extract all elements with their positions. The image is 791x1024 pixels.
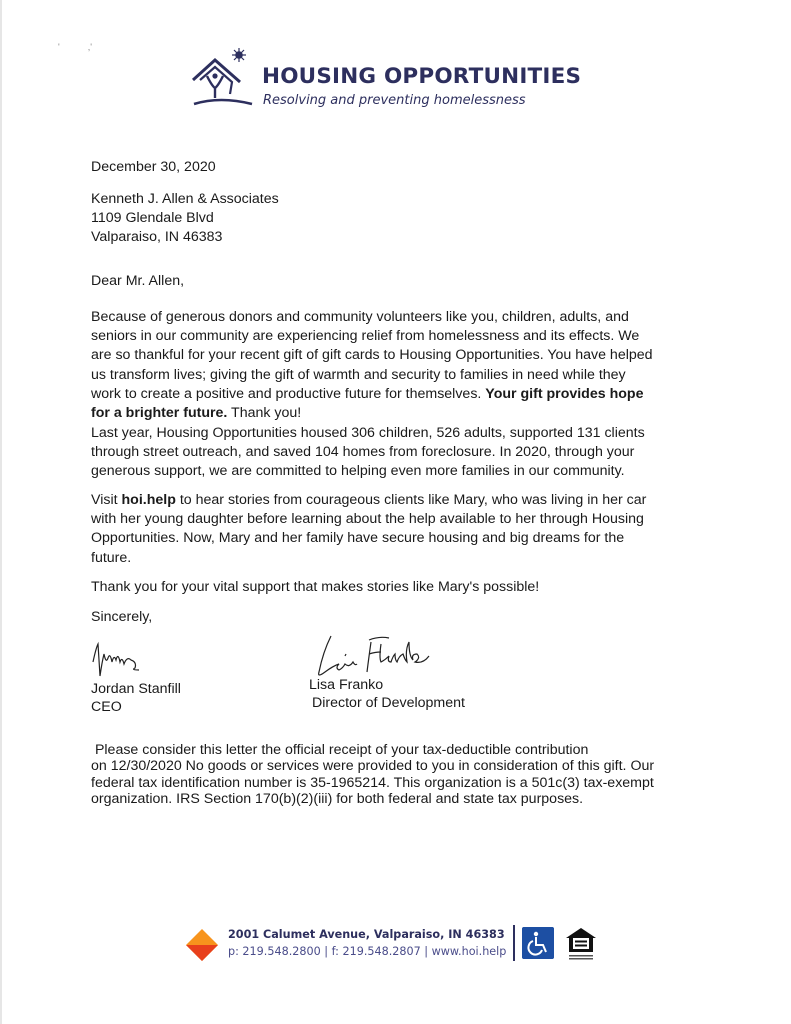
letter-footer: 2001 Calumet Avenue, Valparaiso, IN 4638… [180,925,610,975]
paragraph-line: Visit hoi.help to hear stories from cour… [91,491,711,510]
paragraph-impact-stats: Last year, Housing Opportunities housed … [91,424,711,482]
receipt-line: federal tax identification number is 35-… [91,775,731,791]
signatory-name: Jordan Stanfill [91,680,181,698]
footer-divider [513,925,515,961]
org-name: HOUSING OPPORTUNITIES [262,64,581,89]
paragraph-line: through street outreach, and saved 104 h… [91,443,711,462]
paragraph-line: us transform lives; giving the gift of w… [91,366,711,385]
receipt-line: organization. IRS Section 170(b)(2)(iii)… [91,791,731,807]
footer-contact: p: 219.548.2800 | f: 219.548.2807 | www.… [228,945,506,958]
orange-diamond-logo-icon [185,928,219,962]
text-plain: work to create a positive and productive… [91,386,485,402]
house-with-person-and-sun-icon [190,46,260,110]
paragraph-line: generous support, we are committed to he… [91,462,711,481]
scan-specks: ',' [58,42,120,52]
receipt-line: Please consider this letter the official… [91,742,731,758]
org-tagline: Resolving and preventing homelessness [263,93,526,108]
scan-page-edge [0,0,2,1024]
paragraph-line: Last year, Housing Opportunities housed … [91,424,711,443]
text-plain: Visit [91,492,122,508]
website-link[interactable]: hoi.help [122,492,176,508]
paragraph-line: for a brighter future. Thank you! [91,404,711,423]
receipt-line: on 12/30/2020 No goods or services were … [91,758,731,774]
paragraph-line: Opportunities. Now, Mary and her family … [91,529,711,548]
signature-lisa-franko-icon [309,632,439,678]
text-emphasis: for a brighter future. [91,405,227,421]
paragraph-closing-thanks: Thank you for your vital support that ma… [91,578,711,597]
paragraph-line: are so thankful for your recent gift of … [91,346,711,365]
signature-jordan-stanfill-icon [91,640,161,678]
text-plain: Thank you! [227,405,301,421]
salutation: Dear Mr. Allen, [91,272,711,291]
paragraph-thanks: Because of generous donors and community… [91,308,711,423]
letter-date: December 30, 2020 [91,158,711,177]
letterhead: HOUSING OPPORTUNITIES Resolving and prev… [190,46,610,116]
recipient-address: Kenneth J. Allen & Associates 1109 Glend… [91,190,711,248]
signatory-title: Director of Development [309,694,465,712]
signature-block-director: Lisa Franko Director of Development [309,632,465,712]
signatory-title: CEO [91,698,181,716]
paragraph-line: with her young daughter before learning … [91,510,711,529]
footer-address: 2001 Calumet Avenue, Valparaiso, IN 4638… [228,928,505,941]
signatory-name: Lisa Franko [309,676,465,694]
signature-block-ceo: Jordan Stanfill CEO [91,640,181,716]
text-emphasis: Your gift provides hope [485,386,643,402]
text-plain: to hear stories from courageous clients … [176,492,646,508]
recipient-city: Valparaiso, IN 46383 [91,228,711,247]
paragraph-line: work to create a positive and productive… [91,385,711,404]
paragraph-line: future. [91,549,711,568]
tax-receipt-notice: Please consider this letter the official… [91,742,731,807]
recipient-name: Kenneth J. Allen & Associates [91,190,711,209]
recipient-street: 1109 Glendale Blvd [91,209,711,228]
equal-housing-opportunity-icon [564,926,598,962]
wheelchair-accessibility-icon [522,927,554,959]
paragraph-client-story: Visit hoi.help to hear stories from cour… [91,491,711,568]
closing: Sincerely, [91,608,711,627]
paragraph-line: seniors in our community are experiencin… [91,327,711,346]
paragraph-line: Because of generous donors and community… [91,308,711,327]
